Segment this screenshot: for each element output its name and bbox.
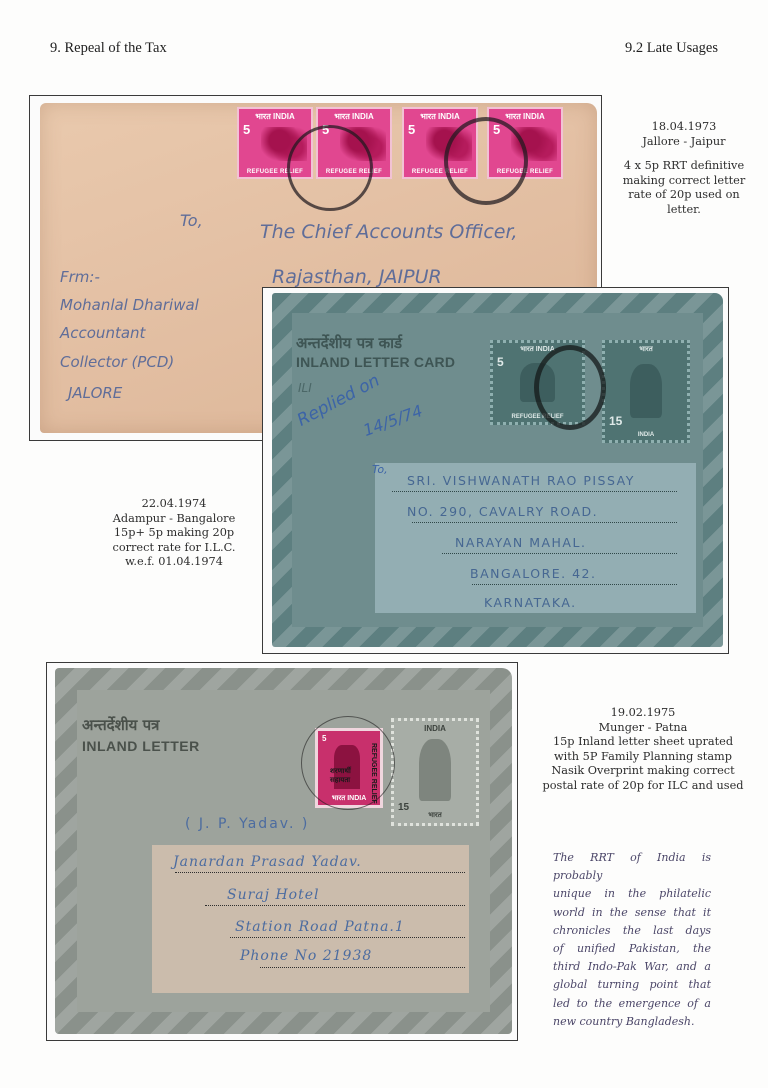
section-title: 9. Repeal of the Tax xyxy=(50,40,167,57)
inland-letter-card-1974: अन्तर्देशीय पत्र कार्ड INLAND LETTER CAR… xyxy=(272,293,723,647)
commentary-paragraph: The RRT of India is probably unique in t… xyxy=(553,849,711,1031)
postmark-icon xyxy=(287,125,373,211)
exhibit-notes-1973: 18.04.1973 Jallore - Jaipur 4 x 5p RRT d… xyxy=(604,120,764,217)
exhibit-notes-1975: 19.02.1975 Munger - Patna 15p Inland let… xyxy=(520,706,766,793)
exhibit-notes-1974: 22.04.1974 Adampur - Bangalore 15p+ 5p m… xyxy=(88,497,260,570)
address-line: The Chief Accounts Officer, xyxy=(260,221,518,243)
address-line: BANGALORE. 42. xyxy=(470,566,596,581)
usage-route: Jallore - Jaipur xyxy=(604,135,764,150)
letter-title-hindi: अन्तर्देशीय पत्र xyxy=(82,715,159,735)
usage-route: Munger - Patna xyxy=(520,721,766,736)
sender-line: Collector (PCD) xyxy=(60,353,174,371)
letter-title-english: INLAND LETTER xyxy=(82,738,200,754)
address-line: Janardan Prasad Yadav. xyxy=(173,854,362,870)
printed-stamp-ashoka: INDIA 15 भारत xyxy=(391,718,479,826)
usage-date: 19.02.1975 xyxy=(520,706,766,721)
address-line: SRI. VISHWANATH RAO PISSAY xyxy=(407,473,635,488)
sender-line: Frm:- xyxy=(60,268,100,286)
address-line: Phone No 21938 xyxy=(240,948,372,964)
card-title-english: INLAND LETTER CARD xyxy=(296,354,455,370)
usage-date: 18.04.1973 xyxy=(604,120,764,135)
sender-name: ( J. P. Yadav. ) xyxy=(185,816,309,832)
postmark-icon xyxy=(444,117,528,205)
address-line: Suraj Hotel xyxy=(227,887,319,903)
subsection-title: 9.2 Late Usages xyxy=(625,40,718,57)
address-line: NARAYAN MAHAL. xyxy=(455,535,586,550)
sender-line: JALORE xyxy=(68,384,122,402)
sender-line: Mohanlal Dhariwal xyxy=(60,296,199,314)
card-title-hindi: अन्तर्देशीय पत्र कार्ड xyxy=(296,333,402,353)
usage-date: 22.04.1974 xyxy=(88,497,260,512)
postmark-icon xyxy=(534,345,606,430)
address-line: KARNATAKA. xyxy=(484,595,577,610)
address-line: Rajasthan, JAIPUR xyxy=(272,266,442,288)
usage-route: Adampur - Bangalore xyxy=(88,512,260,527)
printed-stamp-ashoka: भारत 15 INDIA xyxy=(602,340,690,443)
inland-letter-1975: अन्तर्देशीय पत्र INLAND LETTER 5 REFUGEE… xyxy=(55,668,512,1034)
sender-line: Accountant xyxy=(60,324,145,342)
postmark-icon xyxy=(301,716,395,810)
address-line: NO. 290, CAVALRY ROAD. xyxy=(407,504,598,519)
address-line: Station Road Patna.1 xyxy=(235,919,405,935)
